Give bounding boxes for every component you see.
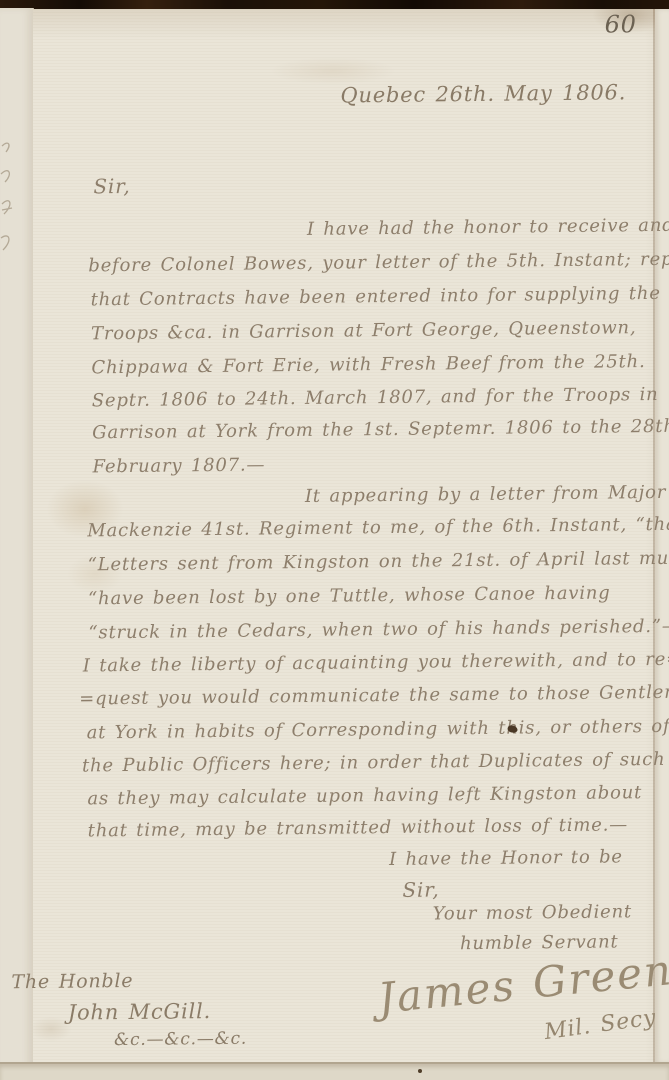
dateline: Quebec 26th. May 1806. (340, 80, 626, 107)
addressee-line: The Honble (11, 970, 133, 993)
body-line: Chippawa & Fort Erie, with Fresh Beef fr… (91, 351, 645, 378)
body-line: “Letters sent from Kingston on the 21st.… (88, 548, 669, 576)
ink-speck (418, 1069, 422, 1073)
body-line: “struck in the Cedars, when two of his h… (88, 616, 669, 644)
closing-line: Sir, (402, 877, 439, 901)
letter-scan-page: 60 Quebec 26th. May 1806. Sir, I have ha… (0, 0, 669, 1080)
body-line: I have had the honor to receive and lay (307, 214, 669, 240)
body-line: as they may calculate upon having left K… (87, 782, 642, 809)
closing-line: I have the Honor to be (389, 846, 623, 870)
body-line: that time, may be transmitted without lo… (88, 814, 628, 841)
addressee-line: &c.—&c.—&c. (114, 1029, 247, 1051)
body-line: It appearing by a letter from Major (305, 482, 666, 507)
page-bottom-edge (0, 1062, 669, 1080)
body-line: Troops &ca. in Garrison at Fort George, … (91, 317, 637, 344)
closing-line: humble Servant (460, 931, 619, 954)
addressee-line: John McGill. (68, 999, 212, 1025)
page-number: 60 (604, 10, 636, 38)
body-line: before Colonel Bowes, your letter of the… (88, 248, 669, 276)
body-line: Septr. 1806 to 24th. March 1807, and for… (92, 384, 659, 411)
body-line: February 1807.— (92, 454, 265, 477)
body-line: that Contracts have been entered into fo… (91, 283, 661, 310)
body-line: Mackenzie 41st. Regiment to me, of the 6… (87, 514, 669, 542)
signature-title: Mil. Secy (543, 1005, 658, 1045)
closing-line: Your most Obedient (433, 901, 632, 924)
handwriting-layer: 60 Quebec 26th. May 1806. Sir, I have ha… (0, 0, 669, 1080)
body-line: “have been lost by one Tuttle, whose Can… (88, 582, 611, 609)
body-line: Garrison at York from the 1st. Septemr. … (92, 416, 669, 444)
body-line: the Public Officers here; in order that … (82, 748, 669, 776)
body-line: I take the liberty of acquainting you th… (83, 649, 669, 677)
body-line: =quest you would communicate the same to… (79, 681, 669, 709)
salutation: Sir, (93, 174, 130, 198)
body-line: at York in habits of Corresponding with … (87, 716, 669, 744)
